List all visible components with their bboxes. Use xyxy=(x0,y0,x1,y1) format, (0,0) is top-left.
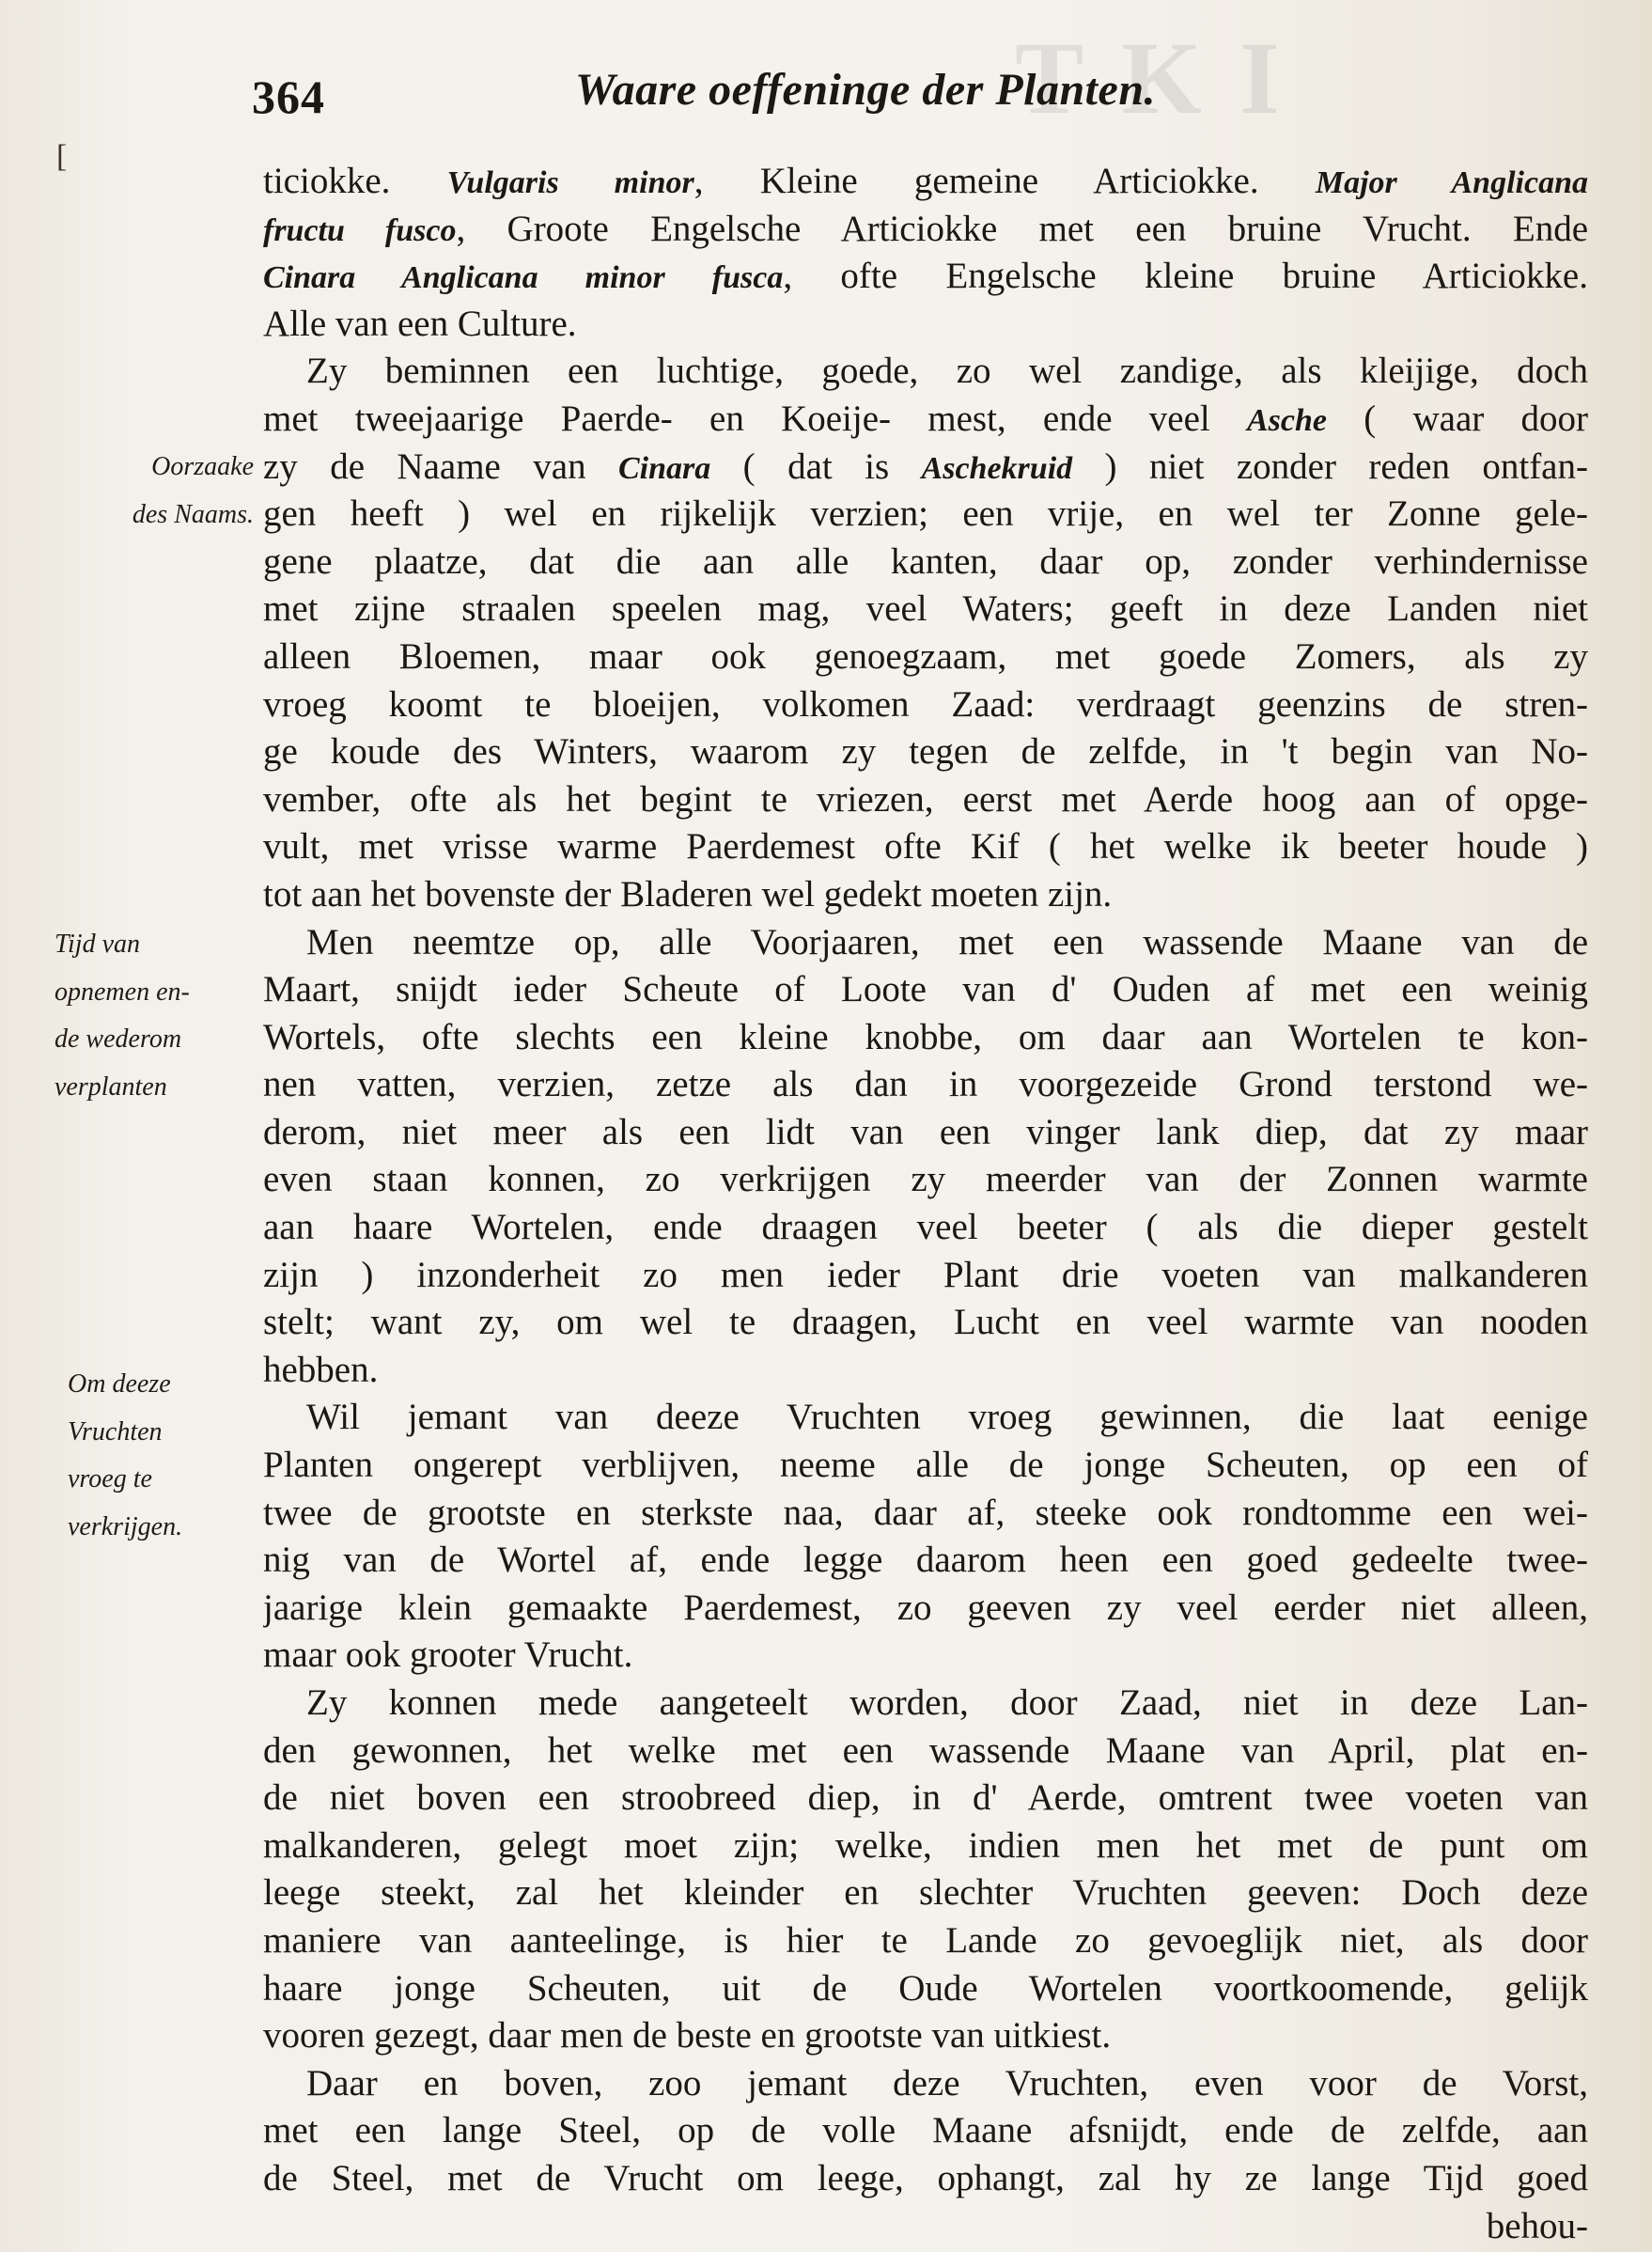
margin-note-line: verplanten xyxy=(55,1064,261,1112)
stray-mark: [ xyxy=(56,139,67,175)
running-head: 364 Waare oeffeninge der Planten. xyxy=(252,64,1586,130)
text-line: Wortels, ofte slechts een kleine knobbe,… xyxy=(263,1014,1588,1062)
text-line: vember, ofte als het begint te vriezen, … xyxy=(263,776,1588,824)
text-line: tot aan het bovenste der Bladeren wel ge… xyxy=(263,871,1588,919)
text-line: hebben. xyxy=(263,1347,1588,1395)
text-line: vooren gezegt, daar men de beste en groo… xyxy=(263,2012,1588,2060)
text-line: Zy beminnen een luchtige, goede, zo wel … xyxy=(263,348,1588,396)
text-line: gen heeft ) wel en rijkelijk verzien; ee… xyxy=(263,491,1588,539)
text-line: zy de Naame van Cinara ( dat is Aschekru… xyxy=(263,444,1588,492)
text-line: vult, met vrisse warme Paerdemest ofte K… xyxy=(263,823,1588,871)
text-line: leege steekt, zal het kleinder en slecht… xyxy=(263,1869,1588,1917)
text-line: even staan konnen, zo verkrijgen zy meer… xyxy=(263,1156,1588,1204)
text-line: maniere van aanteelinge, is hier te Land… xyxy=(263,1917,1588,1965)
margin-note-line: Om deeze xyxy=(68,1361,274,1409)
text-line: zijn ) inzonderheit zo men ieder Plant d… xyxy=(263,1252,1588,1300)
margin-note-line: des Naams. xyxy=(47,492,254,540)
text-line: Men neemtze op, alle Voorjaaren, met een… xyxy=(263,919,1588,967)
text-line: twee de grootste en sterkste naa, daar a… xyxy=(263,1490,1588,1538)
text-line: Alle van een Culture. xyxy=(263,301,1588,349)
text-line: derom, niet meer als een lidt van een vi… xyxy=(263,1109,1588,1157)
page-number: 364 xyxy=(252,70,325,124)
margin-note-tijd-van-opnemen: Tijd van opnemen en- de wederom verplant… xyxy=(55,921,261,1111)
text-line: maar ook grooter Vrucht. xyxy=(263,1632,1588,1680)
running-title: Waare oeffeninge der Planten. xyxy=(575,64,1156,116)
text-line: gene plaatze, dat die aan alle kanten, d… xyxy=(263,539,1588,586)
text-line: ge koude des Winters, waarom zy tegen de… xyxy=(263,728,1588,776)
margin-note-line: de wederom xyxy=(55,1016,261,1064)
text-line: Maart, snijdt ieder Scheute of Loote van… xyxy=(263,966,1588,1014)
text-line: Zy konnen mede aangeteelt worden, door Z… xyxy=(263,1680,1588,1728)
margin-note-line: opnemen en- xyxy=(55,969,261,1017)
text-line: Daar en boven, zoo jemant deze Vruchten,… xyxy=(263,2060,1588,2108)
text-line: vroeg koomt te bloeijen, volkomen Zaad: … xyxy=(263,681,1588,729)
book-page: TKI 364 Waare oeffeninge der Planten. [ … xyxy=(0,0,1652,2252)
margin-note-om-deeze-vruchten: Om deeze Vruchten vroeg te verkrijgen. xyxy=(68,1361,274,1551)
text-line: met zijne straalen speelen mag, veel Wat… xyxy=(263,586,1588,633)
margin-note-line: Tijd van xyxy=(55,921,261,969)
text-line: de niet boven een stroobreed diep, in d'… xyxy=(263,1775,1588,1822)
text-line: fructu fusco, Groote Engelsche Articiokk… xyxy=(263,206,1588,254)
text-line: nen vatten, verzien, zetze als dan in vo… xyxy=(263,1061,1588,1109)
text-line: Wil jemant van deeze Vruchten vroeg gewi… xyxy=(263,1394,1588,1442)
margin-note-oorzaake: Oorzaake des Naams. xyxy=(47,444,254,539)
text-line: met een lange Steel, op de volle Maane a… xyxy=(263,2107,1588,2155)
text-line: de Steel, met de Vrucht om leege, ophang… xyxy=(263,2155,1588,2203)
text-line: Planten ongerept verblijven, neeme alle … xyxy=(263,1442,1588,1490)
text-line: stelt; want zy, om wel te draagen, Lucht… xyxy=(263,1299,1588,1347)
margin-note-line: Vruchten xyxy=(68,1409,274,1457)
text-line: alleen Bloemen, maar ook genoegzaam, met… xyxy=(263,633,1588,681)
text-line: behou- xyxy=(263,2203,1588,2251)
text-line: den gewonnen, het welke met een wassende… xyxy=(263,1728,1588,1775)
margin-note-line: Oorzaake xyxy=(47,444,254,492)
text-line: Cinara Anglicana minor fusca, ofte Engel… xyxy=(263,253,1588,301)
text-line: jaarige klein gemaakte Paerdemest, zo ge… xyxy=(263,1585,1588,1633)
text-line: aan haare Wortelen, ende draagen veel be… xyxy=(263,1204,1588,1252)
text-line: malkanderen, gelegt moet zijn; welke, in… xyxy=(263,1822,1588,1870)
text-line: haare jonge Scheuten, uit de Oude Wortel… xyxy=(263,1965,1588,2013)
text-line: met tweejaarige Paerde- en Koeije- mest,… xyxy=(263,396,1588,444)
margin-note-line: verkrijgen. xyxy=(68,1504,274,1552)
text-line: ticiokke. Vulgaris minor, Kleine gemeine… xyxy=(263,158,1588,206)
body-text: ticiokke. Vulgaris minor, Kleine gemeine… xyxy=(263,158,1588,2250)
margin-note-line: vroeg te xyxy=(68,1456,274,1504)
text-line: nig van de Wortel af, ende legge daarom … xyxy=(263,1537,1588,1585)
